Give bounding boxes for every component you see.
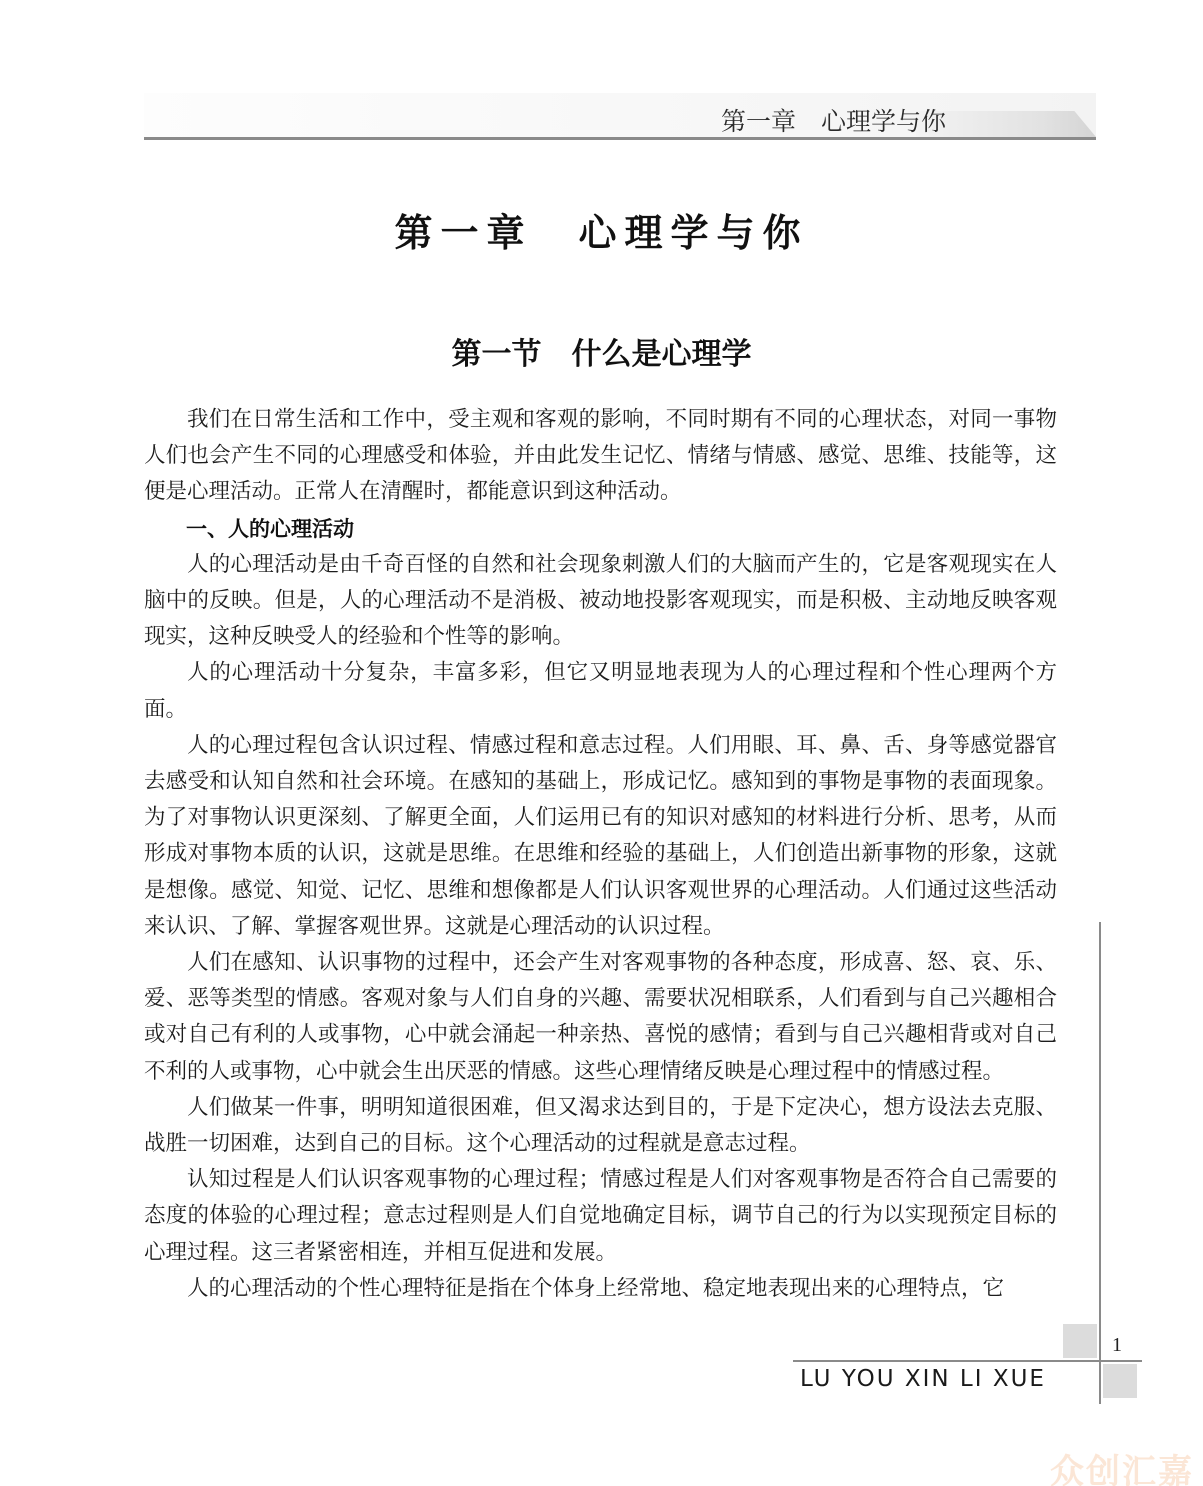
footer-decor-box [1103,1364,1137,1398]
footer-divider [793,1360,1142,1362]
paragraph: 认知过程是人们认识客观事物的心理过程；情感过程是人们对客观事物是否符合自己需要的… [144,1162,1057,1271]
footer-decor-box [1063,1324,1097,1358]
intro-paragraph: 我们在日常生活和工作中，受主观和客观的影响，不同时期有不同的心理状态，对同一事物… [144,402,1057,511]
paragraph: 人的心理活动是由千奇百怪的自然和社会现象刺激人们的大脑而产生的，它是客观现实在人… [144,547,1057,656]
paragraph: 人们做某一件事，明明知道很困难，但又渴求达到目的，于是下定决心，想方设法去克服、… [144,1090,1057,1162]
running-header-title: 第一章 心理学与你 [721,102,946,138]
subheading: 一、人的心理活动 [144,511,1057,547]
section-title: 第一节 什么是心理学 [0,329,1203,373]
watermark: 众创汇嘉 [1050,1444,1194,1486]
book-title-footer: LU YOU XIN LI XUE [800,1366,1046,1392]
running-header: 第一章 心理学与你 [144,93,1096,137]
paragraph: 人的心理过程包含认识过程、情感过程和意志过程。人们用眼、耳、鼻、舌、身等感觉器官… [144,728,1057,945]
body-text: 我们在日常生活和工作中，受主观和客观的影响，不同时期有不同的心理状态，对同一事物… [144,402,1057,1307]
header-divider [144,137,1096,140]
paragraph: 人们在感知、认识事物的过程中，还会产生对客观事物的各种态度，形成喜、怒、哀、乐、… [144,945,1057,1090]
chapter-title: 第一章 心理学与你 [0,202,1203,257]
paragraph: 人的心理活动十分复杂，丰富多彩，但它又明显地表现为人的心理过程和个性心理两个方面… [144,655,1057,727]
margin-vertical-rule [1099,922,1101,1404]
page-number: 1 [1112,1334,1122,1357]
paragraph: 人的心理活动的个性心理特征是指在个体身上经常地、稳定地表现出来的心理特点，它 [144,1271,1057,1307]
